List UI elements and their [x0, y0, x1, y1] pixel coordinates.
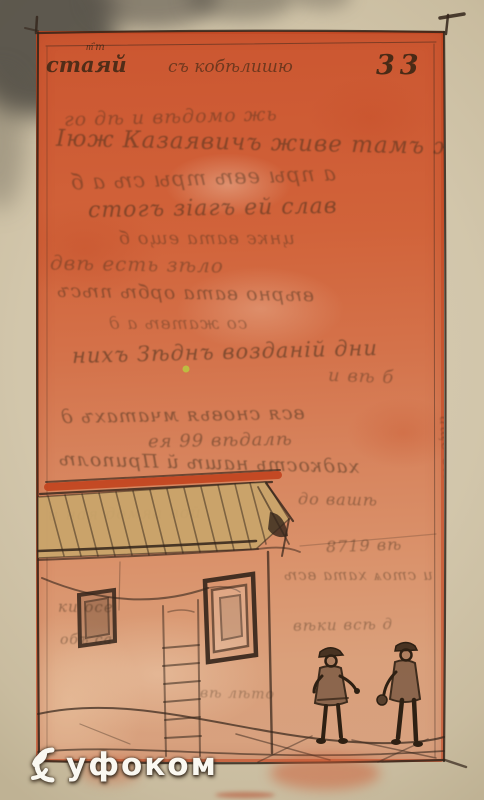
shadow-blotch-left-edge — [0, 70, 26, 210]
corner-tick-top-right — [440, 14, 464, 18]
red-wash-page — [36, 31, 444, 762]
header-left-superscript: т҄т — [86, 42, 107, 53]
shadow-blotch-top-1 — [88, 0, 218, 28]
watermark-text: уфоком — [66, 747, 218, 783]
watermark: уфоком — [18, 742, 218, 788]
header-center-word: съ кобѣлишю — [168, 57, 293, 77]
page-number: 33 — [376, 50, 424, 81]
corner-tick-bottom-right — [445, 760, 466, 767]
header-left-word: стаяй — [46, 52, 127, 77]
shadow-blotch-top-2 — [186, 0, 296, 20]
shadow-blotch-top-3 — [292, 0, 352, 10]
manuscript-photo: го дѣ и вѣдомо жь Іюж Казаявичъ живе там… — [0, 0, 484, 800]
paint-bleed-stain — [215, 792, 275, 798]
watermark-logo-icon — [18, 742, 62, 788]
